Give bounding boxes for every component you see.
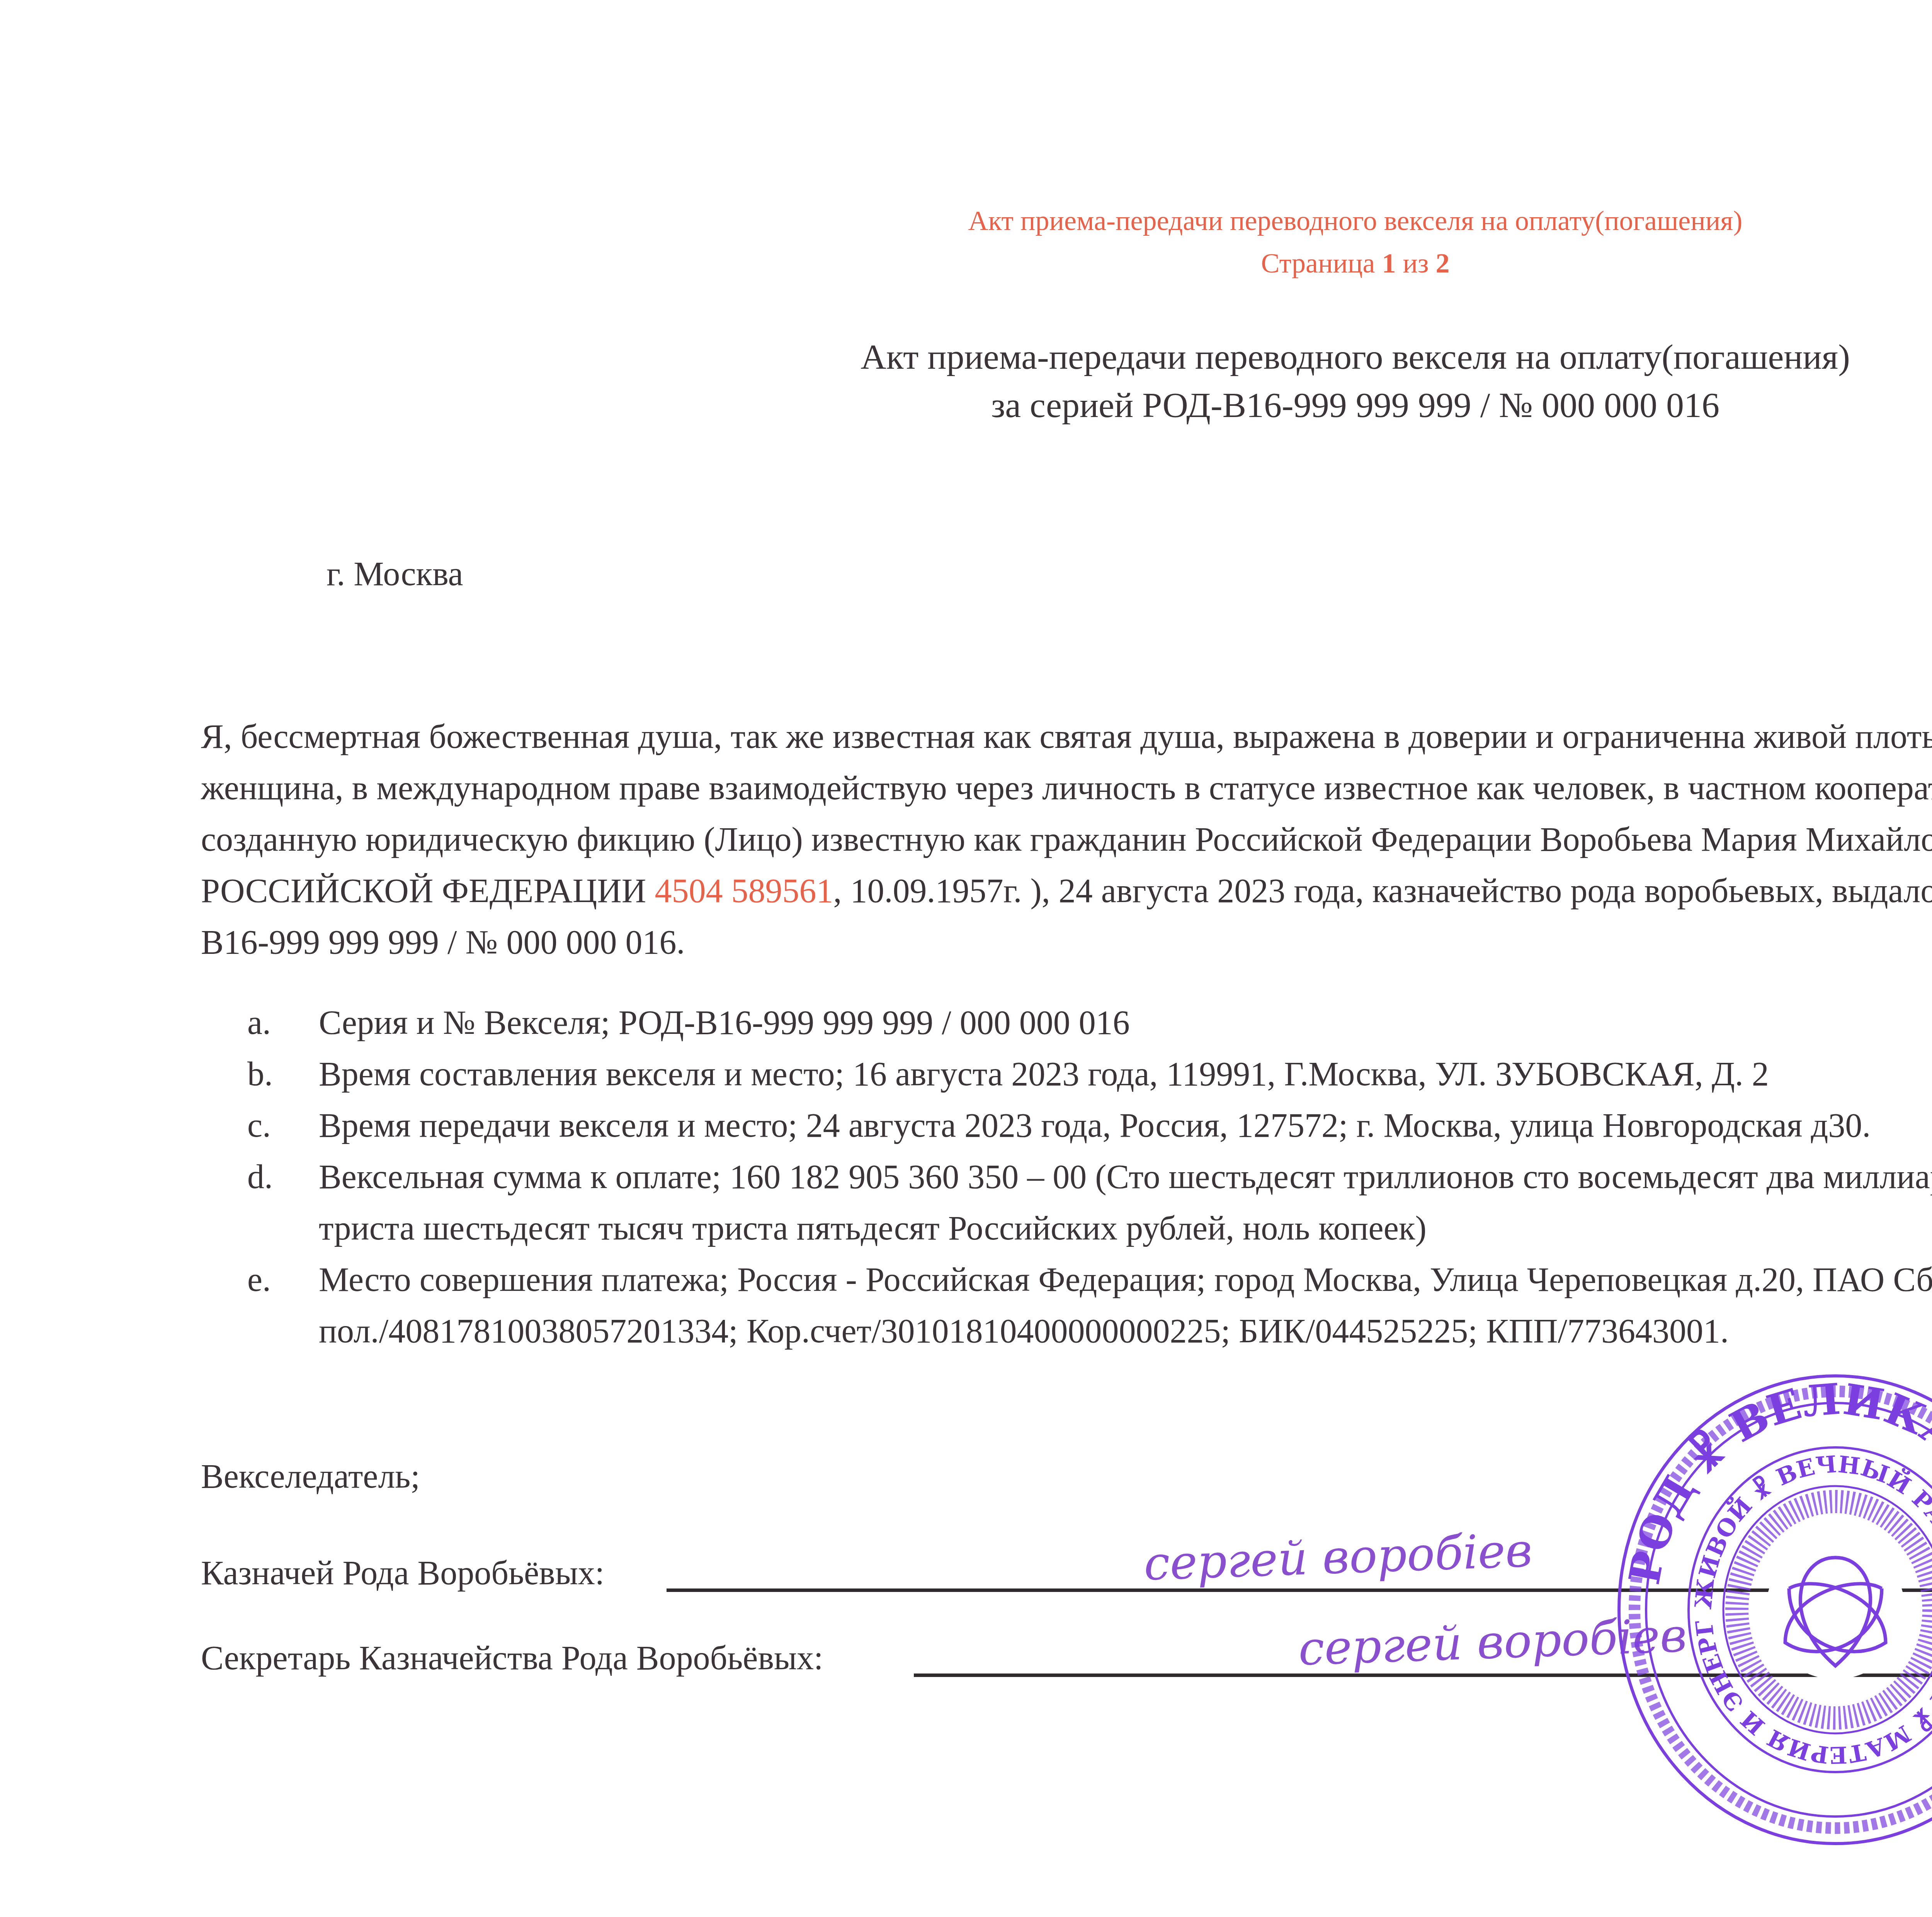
list-marker: c. xyxy=(247,1100,271,1151)
list-item: d.Вексельная сумма к оплате; 160 182 905… xyxy=(247,1151,1932,1254)
passport-number: 4504 589561 xyxy=(655,872,833,910)
body-paragraph: Я, бессмертная божественная душа, так же… xyxy=(201,711,1932,968)
list-marker: e. xyxy=(247,1254,271,1306)
list-item-text: Место совершения платежа; Россия - Росси… xyxy=(319,1261,1932,1350)
page-total: 2 xyxy=(1435,248,1449,279)
page-prefix: Страница xyxy=(1261,248,1382,279)
document-title-line1: Акт приема-передачи переводного векселя … xyxy=(0,336,1932,377)
list-item-text: Вексельная сумма к оплате; 160 182 905 3… xyxy=(319,1158,1932,1247)
city: г. Москва xyxy=(327,555,463,594)
page-counter: Страница 1 из 2 xyxy=(0,247,1932,279)
list-marker: d. xyxy=(247,1151,273,1203)
list-item: a.Серия и № Векселя; РОД-В16-999 999 999… xyxy=(247,997,1932,1049)
bill-details-list: a.Серия и № Векселя; РОД-В16-999 999 999… xyxy=(247,997,1932,1357)
list-item: e.Место совершения платежа; Россия - Рос… xyxy=(247,1254,1932,1357)
page-current: 1 xyxy=(1382,248,1396,279)
list-marker: b. xyxy=(247,1049,273,1100)
list-marker: a. xyxy=(247,997,271,1049)
seal-outer-text: РОД ☧ ВЕЛИКАЯ ПЕЧАТЬ xyxy=(1619,1374,1932,1713)
list-item-text: Время передачи векселя и место; 24 авгус… xyxy=(319,1107,1871,1144)
round-seal-icon: РОД ☧ ВЕЛИКАЯ ПЕЧАТЬ ЖИВОЙ ☧ ВЕЧНЫЙ РАЗУ… xyxy=(1615,1372,1932,1847)
svg-text:РОД ☧ ВЕЛИКАЯ ПЕЧАТЬ: РОД ☧ ВЕЛИКАЯ ПЕЧАТЬ xyxy=(1619,1374,1932,1713)
page-mid: из xyxy=(1396,248,1435,279)
running-title: Акт приема-передачи переводного векселя … xyxy=(0,205,1932,237)
drawer-label: Векселедатель; xyxy=(201,1457,420,1496)
treasurer-signature: сергей воробiев xyxy=(1143,1524,1533,1591)
list-item: c.Время передачи векселя и место; 24 авг… xyxy=(247,1100,1932,1151)
treasurer-label: Казначей Рода Воробьёвых: xyxy=(201,1554,604,1593)
list-item: b.Время составления векселя и место; 16 … xyxy=(247,1049,1932,1100)
secretary-label: Секретарь Казначейства Рода Воробьёвых: xyxy=(201,1639,823,1678)
document-title-line2: за серией РОД-В16-999 999 999 / № 000 00… xyxy=(0,385,1932,426)
list-item-text: Серия и № Векселя; РОД-В16-999 999 999 /… xyxy=(319,1004,1130,1042)
list-item-text: Время составления векселя и место; 16 ав… xyxy=(319,1056,1769,1093)
